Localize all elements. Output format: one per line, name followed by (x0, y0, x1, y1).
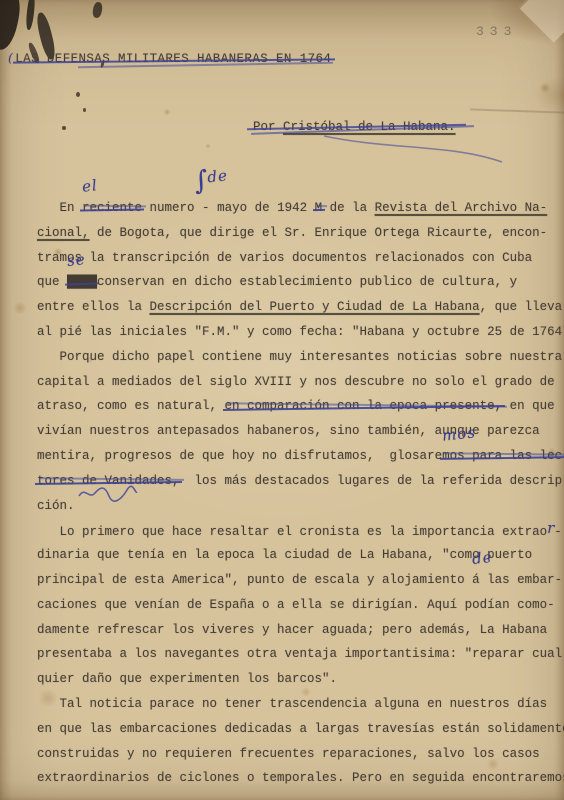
typed-text: damente refrescar los viveres y hacer ag… (37, 618, 547, 643)
typed-text: Tal noticia parace no tener trascendenci… (37, 692, 547, 717)
typed-line: Lo primero que hace resaltar el cronista… (37, 518, 561, 543)
ink-speck (76, 92, 80, 97)
handwritten-note: se (66, 252, 86, 268)
typed-text: las embar- (480, 568, 563, 593)
typed-text: - (554, 520, 562, 545)
struck-text: en comparación con la epoca presente, (225, 394, 503, 419)
typed-text: dinaria que tenía en la epoca la ciudad … (37, 543, 532, 568)
underlined-text: cional, (37, 221, 90, 246)
typed-text: en que las embarcaciones dedicadas a lar… (37, 717, 564, 742)
typed-text: entre ellos la (37, 295, 150, 320)
typed-text: capital a mediados del siglo XVIII y nos… (37, 370, 555, 395)
typed-line: tramos la transcripción de varios docume… (37, 246, 561, 271)
typed-text: numero (142, 196, 202, 221)
typed-text: quier daño que experimenten los barcos". (37, 667, 337, 692)
ink-speck (83, 108, 86, 112)
typed-line: En recienteel numero -∫de mayo de 1942 M… (37, 196, 561, 221)
byline: Por Cristóbal de La Habana. (253, 120, 456, 134)
underlined-text: Descripción del Puerto y Ciudad de La Ha… (150, 295, 480, 320)
paragraph: Lo primero que hace resaltar el cronista… (37, 518, 561, 692)
typed-text: ción. (37, 494, 75, 519)
typed-text: -∫de (202, 196, 210, 221)
underlined-text: Revista del Archivo Na- (375, 196, 548, 221)
typed-text: de Bogota, que dirige el Sr. Enrique Ort… (90, 221, 548, 246)
body-text: En recienteel numero -∫de mayo de 1942 M… (37, 196, 561, 791)
handwritten-note: mos (441, 425, 476, 442)
typed-line: caciones que venían de España o a ella s… (37, 593, 561, 618)
struck-text: tores de Vanidades, (37, 469, 180, 494)
handwritten-insert: r (547, 516, 554, 541)
typed-text: al pié las iniciales "F.M." y como fecha… (37, 320, 564, 345)
byline-name: Cristóbal de La Habana. (283, 120, 456, 134)
typed-text: de la (322, 196, 375, 221)
typed-line: ción. (37, 494, 561, 519)
handwritten-note: el (81, 178, 98, 194)
typed-line: Tal noticia parace no tener trascendenci… (37, 692, 561, 717)
typed-line: mentira, progresos de que hoy no disfrut… (37, 444, 561, 469)
typed-text: mentira, progresos de que hoy no disfrut… (37, 444, 442, 469)
page-number: 333 (476, 24, 517, 39)
struck-text: mos para las lec-mos (442, 444, 564, 469)
typed-text: en que (502, 394, 555, 419)
typed-text: los más destacados lugares de la referid… (180, 469, 564, 494)
byline-prefix: Por (253, 120, 283, 134)
typed-text: mayo de 1942 (210, 196, 315, 221)
handwritten-note: ∫de (193, 168, 229, 188)
typed-text: Lo primero que hace resaltar el cronista… (37, 520, 547, 545)
paragraph: Porque dicho papel contiene muy interesa… (37, 345, 561, 519)
typed-text: extraordinarios de ciclones o temporales… (37, 766, 564, 791)
insert-brace-icon: ∫ (193, 165, 210, 196)
typed-text: principal de esta America", punto de esc… (37, 568, 472, 593)
struck-text: recienteel (82, 196, 142, 221)
ink-blot: ████se (67, 270, 97, 295)
struck-text: M (315, 196, 323, 221)
paragraph: En recienteel numero -∫de mayo de 1942 M… (37, 196, 561, 345)
typed-text: En (37, 196, 82, 221)
typed-line: construidas y no requieren frecuentes re… (37, 742, 561, 767)
typed-text: presentaba a los navegantes otra ventaja… (37, 642, 564, 667)
typed-line: tores de Vanidades, los más destacados l… (37, 469, 561, 494)
typed-line: en que las embarcaciones dedicadas a lar… (37, 717, 561, 742)
typed-text: caciones que venían de España o a ella s… (37, 593, 555, 618)
typed-line: Porque dicho papel contiene muy interesa… (37, 345, 561, 370)
typed-text: tramos la transcripción de varios docume… (37, 246, 532, 271)
document-title: (LAS DEFENSAS MILITARES HABANERAS EN 176… (8, 50, 331, 66)
ink-speck (62, 126, 66, 130)
typed-text: Porque dicho papel contiene muy interesa… (37, 345, 562, 370)
typed-line: capital a mediados del siglo XVIII y nos… (37, 370, 561, 395)
typed-line: damente refrescar los viveres y hacer ag… (37, 618, 561, 643)
typed-line: que ████seconservan en dicho establecimi… (37, 270, 561, 295)
typed-line: principal de esta America", punto de esc… (37, 568, 561, 593)
typed-line: entre ellos la Descripción del Puerto y … (37, 295, 561, 320)
typed-line: al pié las iniciales "F.M." y como fecha… (37, 320, 561, 345)
paragraph: Tal noticia parace no tener trascendenci… (37, 692, 561, 791)
typed-line: cional, de Bogota, que dirige el Sr. Enr… (37, 221, 561, 246)
typed-text: , que lleva (480, 295, 563, 320)
typed-text: atraso, como es natural, (37, 394, 225, 419)
typed-line: extraordinarios de ciclones o temporales… (37, 766, 561, 791)
handwritten-note: de (471, 550, 493, 566)
typed-line: quier daño que experimenten los barcos". (37, 667, 561, 692)
typed-text: que (37, 270, 67, 295)
typed-line: presentaba a los navegantes otra ventaja… (37, 642, 561, 667)
typed-text: construidas y no requieren frecuentes re… (37, 742, 540, 767)
typed-line: atraso, como es natural, en comparación … (37, 394, 561, 419)
typed-line: vivían nuestros antepasados habaneros, s… (37, 419, 561, 444)
typed-text: áde (472, 568, 480, 593)
title-text: LAS DEFENSAS MILITARES HABANERAS EN 1764 (15, 52, 331, 66)
typed-text: conservan en dicho establecimiento publi… (97, 270, 517, 295)
